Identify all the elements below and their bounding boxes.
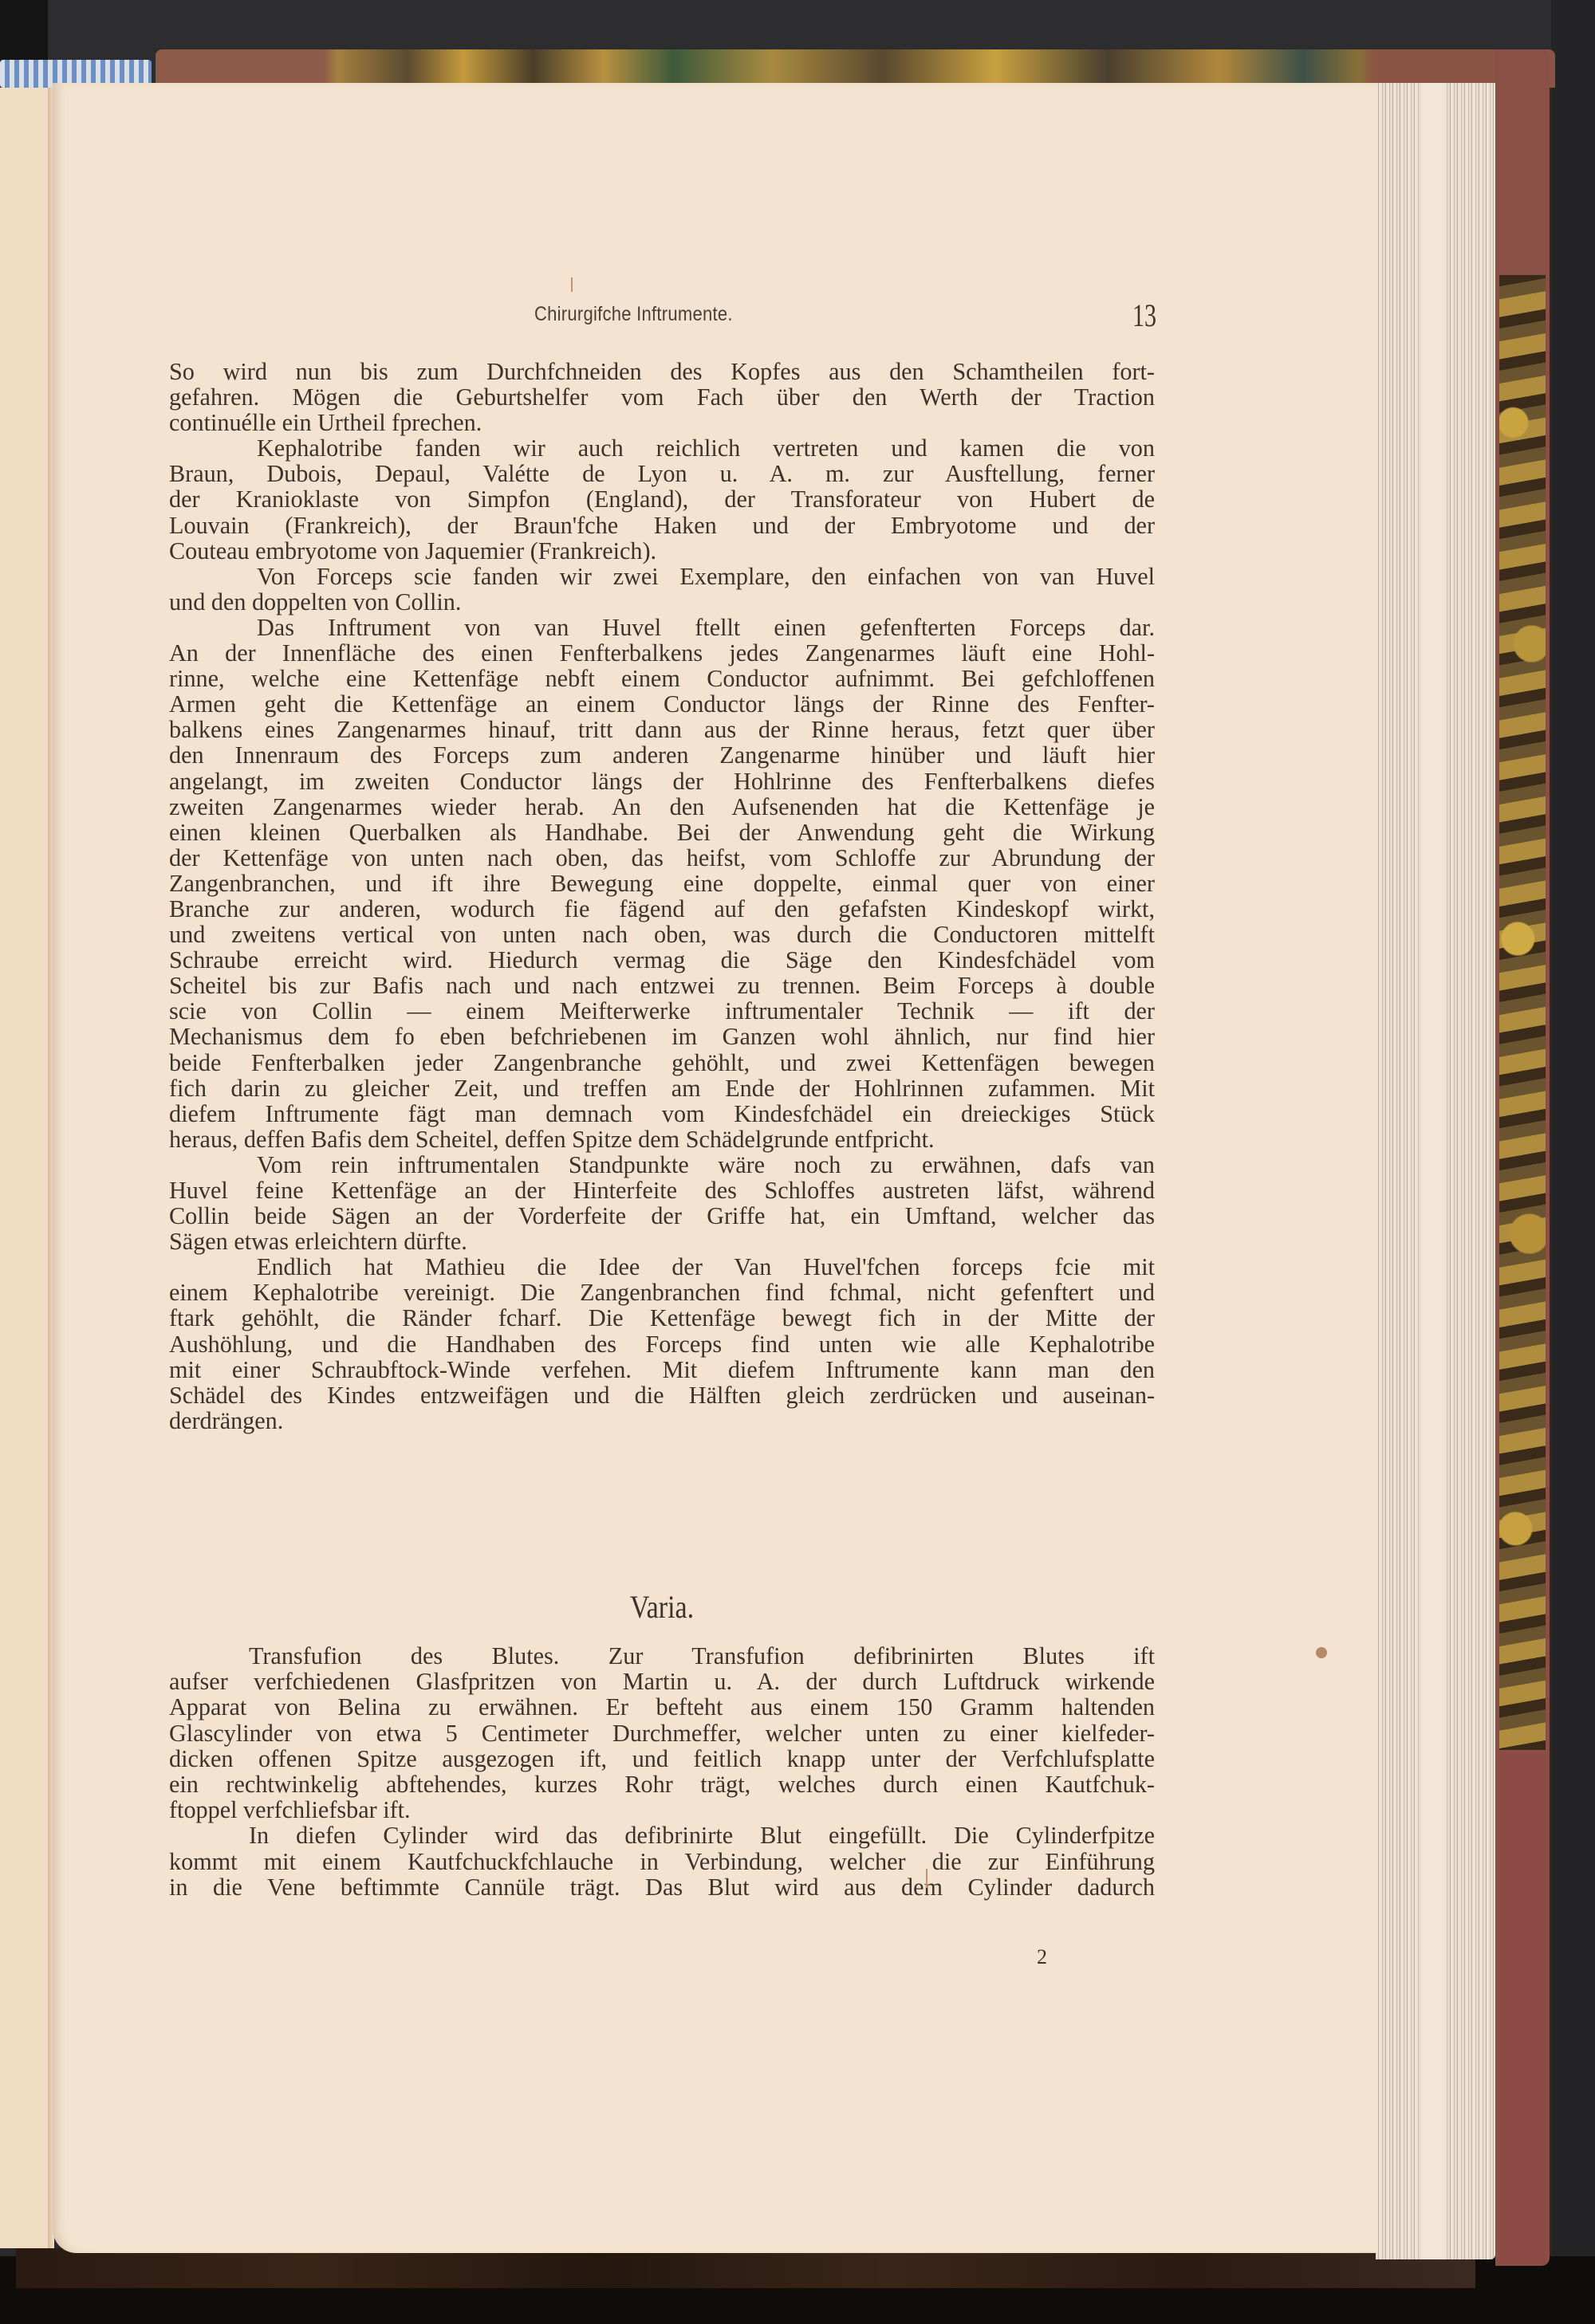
text-line: den Innenraum des Forceps zum anderen Za…: [169, 742, 1155, 768]
text-line: Mechanismus dem fo eben befchriebenen im…: [169, 1024, 1155, 1049]
text-line: der Kettenfäge von unten nach oben, das …: [169, 845, 1155, 871]
text-line: beide Fenfterbalken jeder Zangenbranche …: [169, 1050, 1155, 1075]
text-line: Vom rein inftrumentalen Standpunkte wäre…: [169, 1152, 1155, 1178]
body-text-section-2: Transfufion des Blutes. Zur Transfufion …: [169, 1643, 1155, 1900]
text-line: Collin beide Sägen an der Vorderfeite de…: [169, 1203, 1155, 1229]
text-line: Endlich hat Mathieu die Idee der Van Huv…: [169, 1254, 1155, 1280]
text-line: Louvain (Frankreich), der Braun'fche Hak…: [169, 513, 1155, 538]
paper-stain: [1316, 1647, 1327, 1658]
book-cover-leather-corner: [1499, 1754, 1546, 2264]
text-line: ftark gehöhlt, die Ränder fcharf. Die Ke…: [169, 1305, 1155, 1331]
text-line: Schädel des Kindes entzweifägen und die …: [169, 1382, 1155, 1408]
text-line: und den doppelten von Collin.: [169, 589, 1155, 615]
book-cover-top-edge: [156, 49, 1555, 88]
left-page: [0, 88, 49, 2248]
running-head: Chirurgifche Inftrumente. 13: [159, 301, 1164, 336]
text-line: Von Forceps scie fanden wir zwei Exempla…: [169, 564, 1155, 589]
text-line: Huvel feine Kettenfäge an der Hinterfeit…: [169, 1178, 1155, 1203]
text-line: rinne, welche eine Kettenfäge nebft eine…: [169, 666, 1155, 691]
text-line: heraus, deffen Bafis dem Scheitel, deffe…: [169, 1127, 1155, 1152]
text-line: Das Inftrument von van Huvel ftellt eine…: [169, 615, 1155, 640]
text-line: diefem Inftrumente fägt man demnach vom …: [169, 1101, 1155, 1127]
section-heading: Varia.: [243, 1588, 1081, 1626]
paper-fleck: [926, 1869, 927, 1888]
text-line: Armen geht die Kettenfäge an einem Condu…: [169, 691, 1155, 717]
text-line: gefahren. Mögen die Geburtshelfer vom Fa…: [169, 384, 1155, 410]
background-corner: [0, 0, 48, 64]
text-line: An der Innenfläche des einen Fenfterbalk…: [169, 640, 1155, 666]
text-line: Schraube erreicht wird. Hiedurch vermag …: [169, 947, 1155, 973]
text-line: In diefen Cylinder wird das defibrinirte…: [169, 1823, 1155, 1848]
text-line: Scheitel bis zur Bafis nach und nach ent…: [169, 973, 1155, 998]
text-line: einem Kephalotribe vereinigt. Die Zangen…: [169, 1280, 1155, 1305]
text-line: ein rechtwinkelig abftehendes, kurzes Ro…: [169, 1772, 1155, 1797]
text-line: So wird nun bis zum Durchfchneiden des K…: [169, 359, 1155, 384]
text-line: Apparat von Belina zu erwähnen. Er befte…: [169, 1694, 1155, 1720]
text-line: in die Vene beftimmte Cannüle trägt. Das…: [169, 1874, 1155, 1900]
text-line: Braun, Dubois, Depaul, Valétte de Lyon u…: [169, 461, 1155, 486]
page-number: 13: [1132, 297, 1156, 334]
text-line: dicken offenen Spitze ausgezogen ift, un…: [169, 1746, 1155, 1772]
text-line: Sägen etwas erleichtern dürfte.: [169, 1229, 1155, 1254]
book-bottom-edge: [16, 2248, 1475, 2288]
paper-fleck: [571, 277, 573, 292]
body-text-section-1: So wird nun bis zum Durchfchneiden des K…: [169, 359, 1155, 1433]
text-line: angelangt, im zweiten Conductor längs de…: [169, 769, 1155, 794]
text-line: scie von Collin — einem Meifterwerke inf…: [169, 998, 1155, 1024]
text-line: und zweitens vertical von unten nach obe…: [169, 922, 1155, 947]
text-line: aufser verfchiedenen Glasfpritzen von Ma…: [169, 1669, 1155, 1694]
text-line: continuélle ein Urtheil fprechen.: [169, 410, 1155, 435]
page-stack-edges-inner: [1421, 83, 1443, 2259]
text-line: Aushöhlung, und die Handhaben des Forcep…: [169, 1331, 1155, 1357]
text-line: der Kranioklaste von Simpfon (England), …: [169, 486, 1155, 512]
text-line: Zangenbranchen, und ift ihre Bewegung ei…: [169, 871, 1155, 896]
text-line: ftoppel verfchliefsbar ift.: [169, 1797, 1155, 1823]
text-line: Transfufion des Blutes. Zur Transfufion …: [169, 1643, 1155, 1669]
text-line: balkens eines Zangenarmes hinauf, tritt …: [169, 717, 1155, 742]
text-line: mit einer Schraubftock-Winde verfehen. M…: [169, 1357, 1155, 1382]
text-line: fich darin zu gleicher Zeit, und treffen…: [169, 1075, 1155, 1101]
text-line: kommt mit einem Kautfchuckfchlauche in V…: [169, 1849, 1155, 1874]
text-line: einen kleinen Querbalken als Handhabe. B…: [169, 820, 1155, 845]
text-line: zweiten Zangenarmes wieder herab. An den…: [169, 794, 1155, 820]
running-head-title: Chirurgifche Inftrumente.: [534, 303, 733, 326]
signature-mark: 2: [1037, 1945, 1047, 1969]
book-cover-marbled-paper: [1499, 275, 1546, 1750]
background-right: [1551, 0, 1595, 2324]
text-line: Glascylinder von etwa 5 Centimeter Durch…: [169, 1720, 1155, 1746]
text-line: Kephalotribe fanden wir auch reichlich v…: [169, 435, 1155, 461]
text-line: derdrängen.: [169, 1408, 1155, 1433]
text-line: Couteau embryotome von Jaquemier (Frankr…: [169, 538, 1155, 564]
text-line: Branche zur anderen, wodurch fie fägend …: [169, 896, 1155, 922]
